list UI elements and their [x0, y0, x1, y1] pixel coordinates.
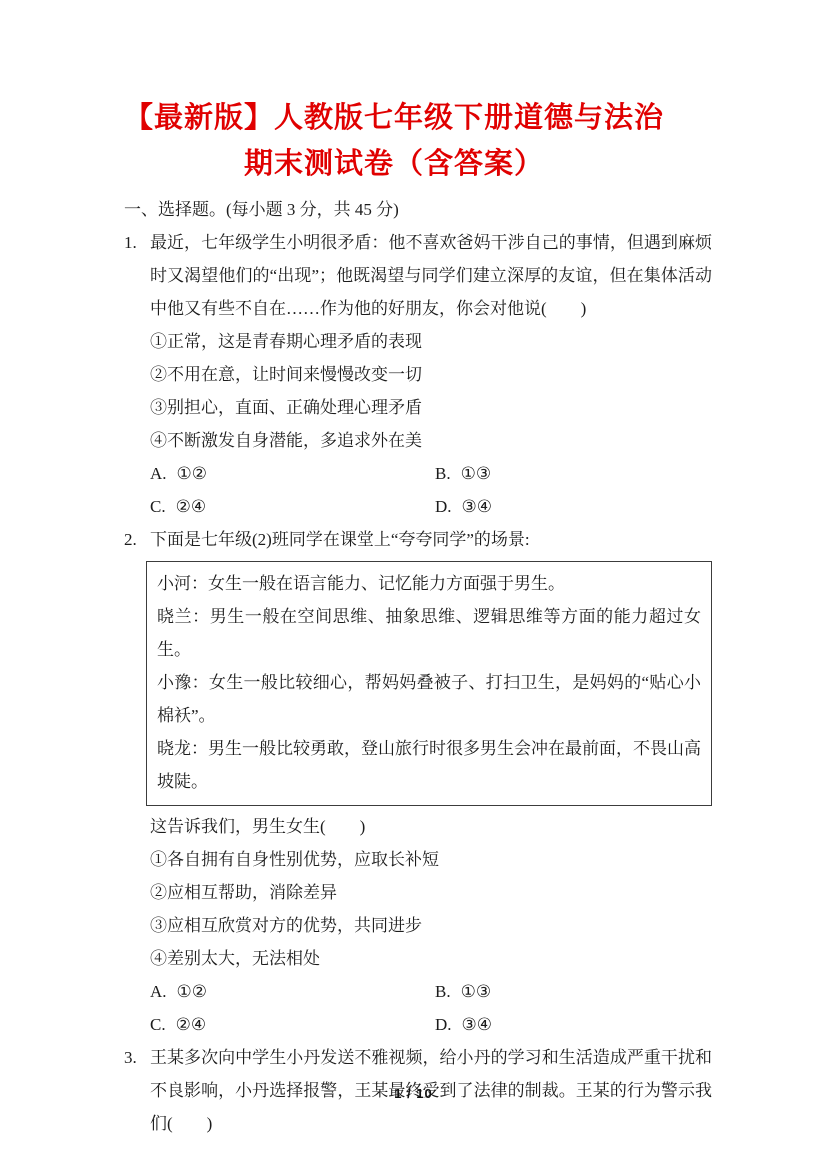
- question-2-stem: 下面是七年级(2)班同学在课堂上“夸夸同学”的场景:: [150, 523, 712, 556]
- document-title: 【最新版】人教版七年级下册道德与法治 期末测试卷（含答案）: [0, 95, 788, 187]
- box-line-xiaolong: 晓龙：男生一般比较勇敢，登山旅行时很多男生会冲在最前面，不畏山高坡陡。: [157, 732, 701, 798]
- choice-value: ③④: [462, 1008, 492, 1041]
- choice-label: D.: [435, 1008, 452, 1041]
- choice-label: D.: [435, 490, 452, 523]
- question-1-item-1: ①正常，这是青春期心理矛盾的表现: [150, 325, 712, 358]
- page-number: 1 / 10: [0, 1086, 827, 1101]
- title-line-1: 【最新版】人教版七年级下册道德与法治: [0, 95, 788, 141]
- question-1-choice-d: D. ③④: [435, 490, 492, 523]
- document-page: 【最新版】人教版七年级下册道德与法治 期末测试卷（含答案） 一、选择题。(每小题…: [0, 0, 827, 1169]
- choice-value: ①②: [177, 457, 207, 490]
- question-2-choice-a: A. ①②: [150, 975, 435, 1008]
- question-2-choice-d: D. ③④: [435, 1008, 492, 1041]
- choice-value: ②④: [176, 1008, 206, 1041]
- question-1-choice-b: B. ①③: [435, 457, 491, 490]
- choice-label: C.: [150, 490, 166, 523]
- choice-value: ③④: [462, 490, 492, 523]
- choice-value: ①③: [461, 975, 491, 1008]
- choice-value: ②④: [176, 490, 206, 523]
- question-2-choices-row-1: A. ①② B. ①③: [150, 975, 712, 1008]
- question-2-item-2: ②应相互帮助，消除差异: [150, 876, 712, 909]
- box-line-xiaolan: 晓兰：男生一般在空间思维、抽象思维、逻辑思维等方面的能力超过女生。: [157, 600, 701, 666]
- question-2-item-3: ③应相互欣赏对方的优势，共同进步: [150, 909, 712, 942]
- question-1-stem: 最近，七年级学生小明很矛盾：他不喜欢爸妈干涉自己的事情，但遇到麻烦时又渴望他们的…: [150, 226, 712, 325]
- question-2-choices-row-2: C. ②④ D. ③④: [150, 1008, 712, 1041]
- choice-value: ①②: [177, 975, 207, 1008]
- choice-label: B.: [435, 975, 451, 1008]
- question-3-number: 3.: [124, 1041, 150, 1074]
- question-1-choice-c: C. ②④: [150, 490, 435, 523]
- question-2-item-4: ④差别太大，无法相处: [150, 942, 712, 975]
- question-1-item-3: ③别担心，直面、正确处理心理矛盾: [150, 391, 712, 424]
- question-1-item-2: ②不用在意，让时间来慢慢改变一切: [150, 358, 712, 391]
- question-1-number: 1.: [124, 226, 150, 259]
- question-2-item-1: ①各自拥有自身性别优势，应取长补短: [150, 843, 712, 876]
- title-line-2: 期末测试卷（含答案）: [0, 141, 788, 187]
- box-line-xiaohe: 小河：女生一般在语言能力、记忆能力方面强于男生。: [157, 567, 701, 600]
- question-2-lead-in: 这告诉我们，男生女生( ): [150, 810, 712, 843]
- question-2-number: 2.: [124, 523, 150, 556]
- question-2-choice-c: C. ②④: [150, 1008, 435, 1041]
- choice-value: ①③: [461, 457, 491, 490]
- choice-label: A.: [150, 457, 167, 490]
- question-1-choice-a: A. ①②: [150, 457, 435, 490]
- question-1-item-4: ④不断激发自身潜能，多追求外在美: [150, 424, 712, 457]
- question-2-choice-b: B. ①③: [435, 975, 491, 1008]
- question-1-choices-row-1: A. ①② B. ①③: [150, 457, 712, 490]
- choice-label: B.: [435, 457, 451, 490]
- question-1-choices-row-2: C. ②④ D. ③④: [150, 490, 712, 523]
- question-2: 2. 下面是七年级(2)班同学在课堂上“夸夸同学”的场景: 小河：女生一般在语言…: [124, 523, 712, 1041]
- question-1: 1. 最近，七年级学生小明很矛盾：他不喜欢爸妈干涉自己的事情，但遇到麻烦时又渴望…: [124, 226, 712, 523]
- question-2-dialogue-box: 小河：女生一般在语言能力、记忆能力方面强于男生。 晓兰：男生一般在空间思维、抽象…: [146, 561, 712, 806]
- choice-label: A.: [150, 975, 167, 1008]
- box-line-xiaoyu: 小豫：女生一般比较细心，帮妈妈叠被子、打扫卫生，是妈妈的“贴心小棉袄”。: [157, 666, 701, 732]
- choice-label: C.: [150, 1008, 166, 1041]
- section-heading: 一、选择题。(每小题 3 分，共 45 分): [124, 193, 712, 226]
- document-body: 一、选择题。(每小题 3 分，共 45 分) 1. 最近，七年级学生小明很矛盾：…: [124, 193, 712, 1140]
